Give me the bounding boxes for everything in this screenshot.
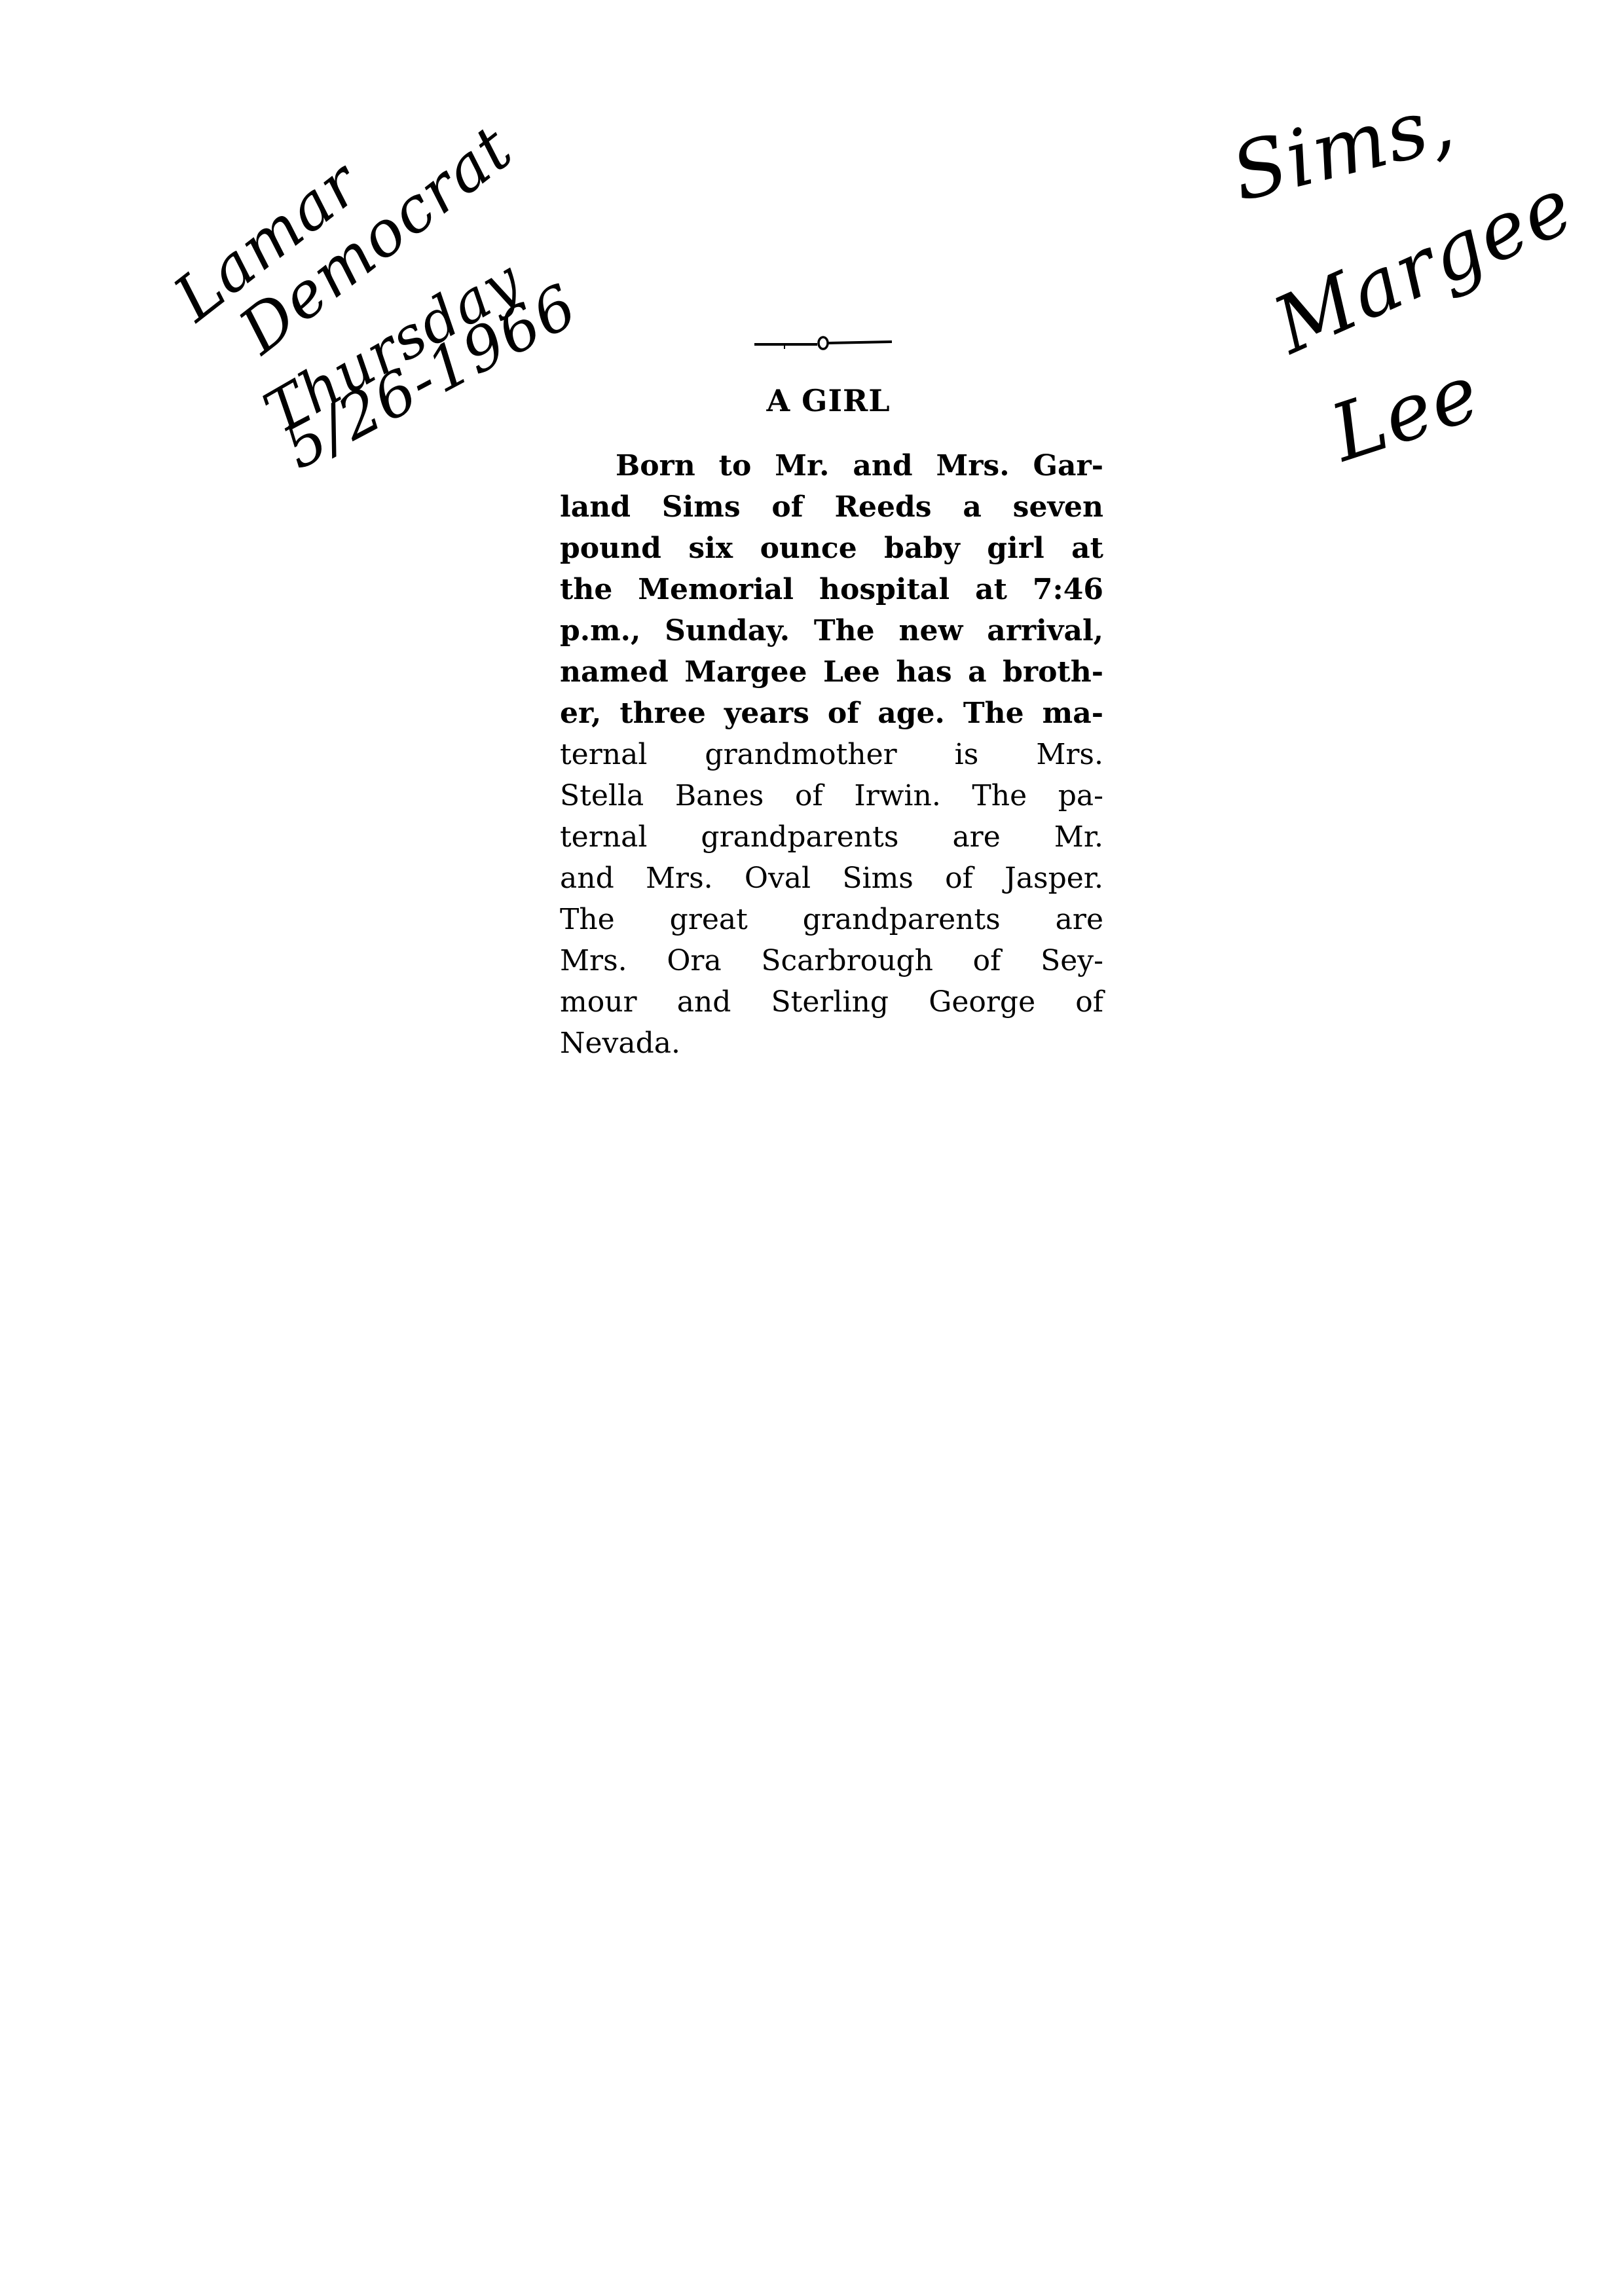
handwritten-middle-name: Lee xyxy=(1323,354,1489,474)
article-line: er, three years of age. The ma- xyxy=(560,693,1103,734)
article-line: Born to Mr. and Mrs. Gar- xyxy=(560,445,1103,486)
article-line: ternal grandparents are Mr. xyxy=(560,816,1103,858)
article-line: and Mrs. Oval Sims of Jasper. xyxy=(560,858,1103,899)
scanned-page: Lamar Democrat Thursday 5/26-1966 Sims, … xyxy=(0,0,1624,2296)
handwritten-surname: Sims, xyxy=(1225,83,1462,214)
article-line: ternal grandmother is Mrs. xyxy=(560,734,1103,775)
article-line: Nevada. xyxy=(560,1023,1103,1064)
article-line: the Memorial hospital at 7:46 xyxy=(560,569,1103,610)
article-body: Born to Mr. and Mrs. Gar-land Sims of Re… xyxy=(560,445,1103,1064)
article-line: mour and Sterling George of xyxy=(560,981,1103,1023)
article-line: named Margee Lee has a broth- xyxy=(560,651,1103,693)
article-headline: A GIRL xyxy=(720,383,936,418)
article-line: The great grandparents are xyxy=(560,899,1103,940)
article-line: p.m., Sunday. The new arrival, xyxy=(560,610,1103,651)
article-line: pound six ounce baby girl at xyxy=(560,528,1103,569)
article-line: Stella Banes of Irwin. The pa- xyxy=(560,775,1103,816)
article-line: land Sims of Reeds a seven xyxy=(560,486,1103,528)
ornamental-rule-icon xyxy=(753,334,894,354)
article-line: Mrs. Ora Scarbrough of Sey- xyxy=(560,940,1103,981)
